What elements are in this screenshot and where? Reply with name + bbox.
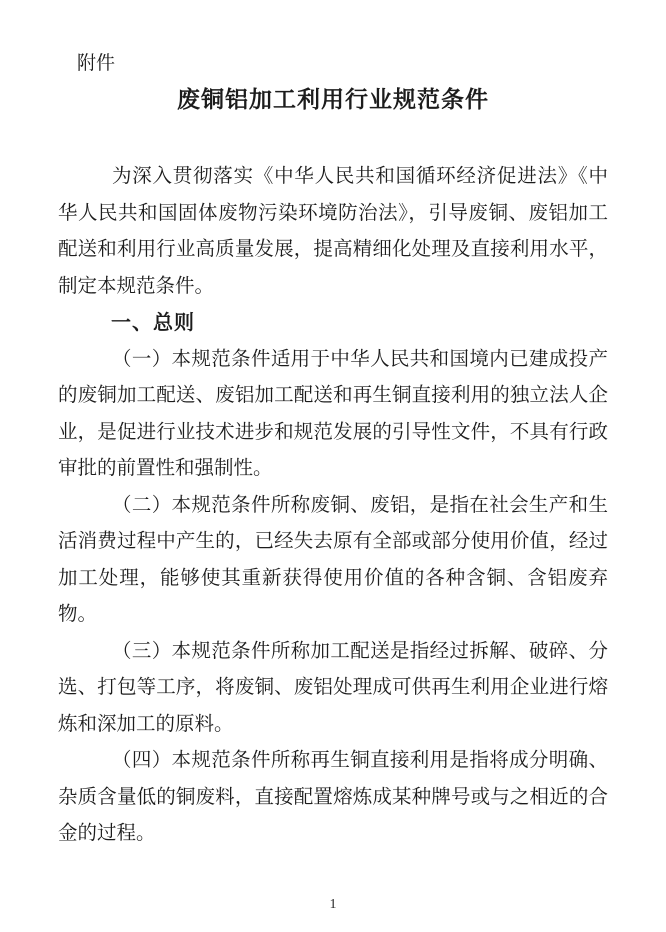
document-page: 附件 废铜铝加工利用行业规范条件 为深入贯彻落实《中华人民共和国循环经济促进法》… xyxy=(0,0,666,932)
section-heading-general-provisions: 一、总则 xyxy=(58,305,608,342)
clause-1: （一）本规范条件适用于中华人民共和国境内已建成投产的废铜加工配送、废铝加工配送和… xyxy=(58,342,608,488)
attachment-label: 附件 xyxy=(58,52,608,76)
page-number: 1 xyxy=(0,898,666,912)
clause-4: （四）本规范条件所称再生铜直接利用是指将成分明确、杂质含量低的铜废料，直接配置熔… xyxy=(58,743,608,853)
clause-2: （二）本规范条件所称废铜、废铝，是指在社会生产和生活消费过程中产生的，已经失去原… xyxy=(58,488,608,634)
intro-paragraph: 为深入贯彻落实《中华人民共和国循环经济促进法》《中华人民共和国固体废物污染环境防… xyxy=(58,159,608,305)
clause-3: （三）本规范条件所称加工配送是指经过拆解、破碎、分选、打包等工序，将废铜、废铝处… xyxy=(58,634,608,744)
document-title: 废铜铝加工利用行业规范条件 xyxy=(58,86,608,114)
